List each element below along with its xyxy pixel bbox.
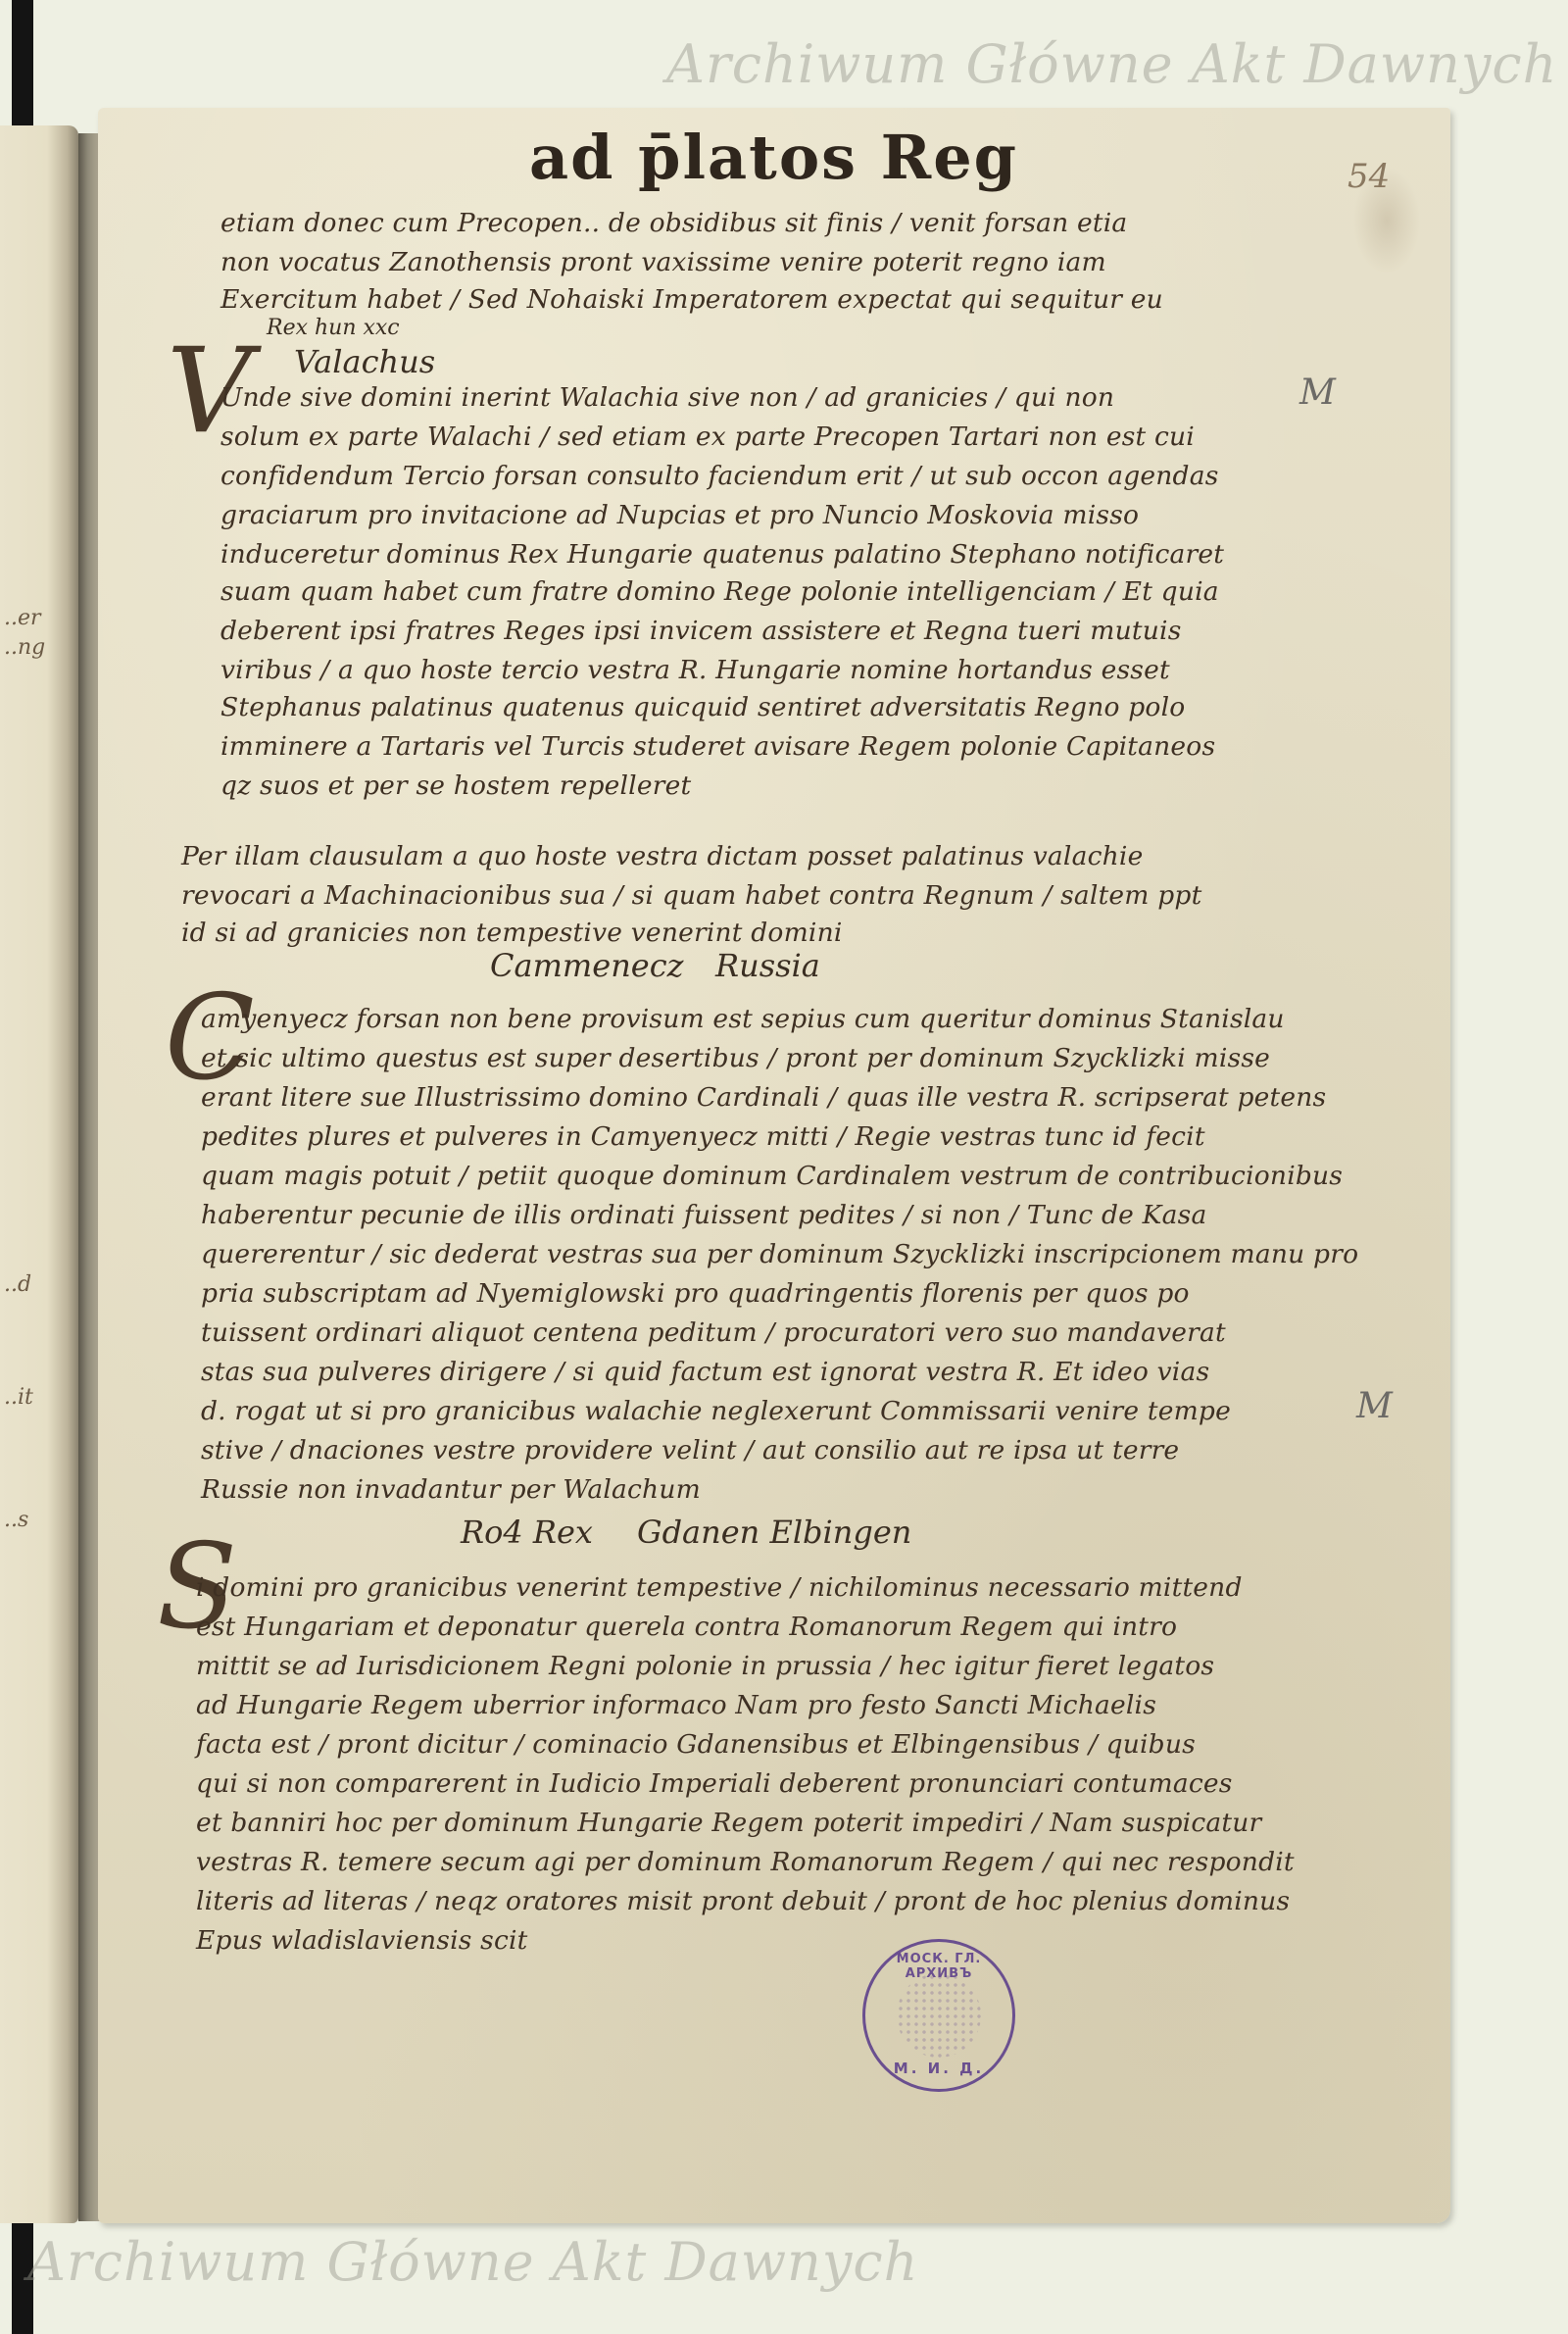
section-heading-gdanen-elbingen: Gdanen Elbingen	[637, 1514, 911, 1551]
text-line: id si ad granicies non tempestive veneri…	[181, 918, 843, 948]
section-heading-cammenecz: Cammenecz	[490, 947, 684, 984]
marginal-mark: M	[1299, 372, 1336, 413]
text-line: suam quam habet cum fratre domino Rege p…	[220, 576, 1219, 607]
archive-watermark-top: Archiwum Główne Akt Dawnych	[666, 33, 1557, 95]
text-line: induceretur dominus Rex Hungarie quatenu…	[220, 539, 1224, 570]
marginal-mark: M	[1356, 1386, 1393, 1426]
folio-number: 54	[1347, 157, 1390, 196]
left-page-fragment: ..d	[4, 1272, 31, 1297]
text-line: Russie non invadantur per Walachum	[201, 1474, 701, 1505]
rubric-note: Rex hun xxc	[267, 316, 400, 340]
text-line: stas sua pulveres dirigere / si quid fac…	[201, 1357, 1209, 1387]
left-page-fragment: ..s	[4, 1508, 28, 1532]
text-line: et banniri hoc per dominum Hungarie Rege…	[196, 1808, 1261, 1838]
text-line: viribus / a quo hoste tercio vestra R. H…	[220, 655, 1170, 685]
text-line: literis ad literas / neqz oratores misit…	[196, 1886, 1290, 1916]
text-line: stive / dnaciones vestre providere velin…	[201, 1435, 1179, 1465]
running-head: ad p̄latos Reg	[529, 122, 1018, 193]
text-line: Per illam clausulam a quo hoste vestra d…	[181, 841, 1143, 871]
left-page-fragment: ..it	[4, 1385, 33, 1410]
stamp-eagle-emblem-icon	[897, 1973, 981, 2058]
text-line: graciarum pro invitacione ad Nupcias et …	[220, 500, 1139, 530]
text-line: tuissent ordinari aliquot centena peditu…	[201, 1317, 1226, 1348]
text-line: etiam donec cum Precopen.. de obsidibus …	[220, 208, 1127, 238]
text-line: qui si non comparerent in Iudicio Imperi…	[196, 1768, 1233, 1799]
left-page-fragment: ..ng	[4, 635, 45, 660]
archive-watermark-bottom: Archiwum Główne Akt Dawnych	[27, 2231, 918, 2293]
text-line: facta est / pront dicitur / cominacio Gd…	[196, 1729, 1196, 1760]
text-line: amyenyecz forsan non bene provisum est s…	[201, 1004, 1285, 1034]
text-line: non vocatus Zanothensis pront vaxissime …	[220, 247, 1106, 277]
left-page-fragment: ..er	[4, 606, 41, 630]
text-line: quam magis potuit / petiit quoque dominu…	[201, 1161, 1343, 1191]
text-line: Unde sive domini inerint Walachia sive n…	[220, 382, 1114, 413]
text-line: et sic ultimo questus est super desertib…	[201, 1043, 1270, 1073]
text-line: d. rogat ut si pro granicibus walachie n…	[201, 1396, 1231, 1426]
text-line: Exercitum habet / Sed Nohaiski Imperator…	[220, 284, 1163, 315]
rubric-note: Ro4 Rex	[461, 1514, 593, 1551]
text-line: deberent ipsi fratres Reges ipsi invicem…	[220, 616, 1182, 646]
text-line: Epus wladislaviensis scit	[196, 1925, 528, 1956]
section-heading-russia: Russia	[715, 947, 820, 984]
text-line: Stephanus palatinus quatenus quicquid se…	[220, 692, 1185, 722]
text-line: imminere a Tartaris vel Turcis studeret …	[220, 731, 1215, 762]
stamp-bottom-text: М. И. Д.	[865, 2060, 1012, 2077]
text-line: erant litere sue Illustrissimo domino Ca…	[201, 1082, 1326, 1113]
text-line: pedites plures et pulveres in Camyenyecz…	[201, 1121, 1205, 1152]
text-line: haberentur pecunie de illis ordinati fui…	[201, 1200, 1206, 1230]
archive-stamp: МОСК. ГЛ. АРХИВЪ М. И. Д.	[862, 1939, 1015, 2092]
section-heading-valachus: Valachus	[294, 343, 435, 380]
text-line: revocari a Machinacionibus sua / si quam…	[181, 880, 1201, 911]
text-line: solum ex parte Walachi / sed etiam ex pa…	[220, 422, 1195, 452]
initial-letter: C	[165, 980, 255, 1098]
text-line: qz suos et per se hostem repelleret	[220, 770, 691, 801]
text-line: vestras R. temere secum agi per dominum …	[196, 1847, 1295, 1877]
text-line: est Hungariam et deponatur querela contr…	[196, 1612, 1177, 1642]
text-line: i domini pro granicibus venerint tempest…	[196, 1572, 1243, 1603]
text-line: pria subscriptam ad Nyemiglowski pro qua…	[201, 1278, 1190, 1309]
text-line: mittit se ad Iurisdicionem Regni polonie…	[196, 1651, 1214, 1681]
text-line: ad Hungarie Regem uberrior informaco Nam…	[196, 1690, 1156, 1720]
left-facing-page: ..er ..ng ..d ..it ..s	[0, 125, 78, 2223]
text-line: confidendum Tercio forsan consulto facie…	[220, 461, 1219, 491]
text-line: quererentur / sic dederat vestras sua pe…	[201, 1239, 1358, 1269]
